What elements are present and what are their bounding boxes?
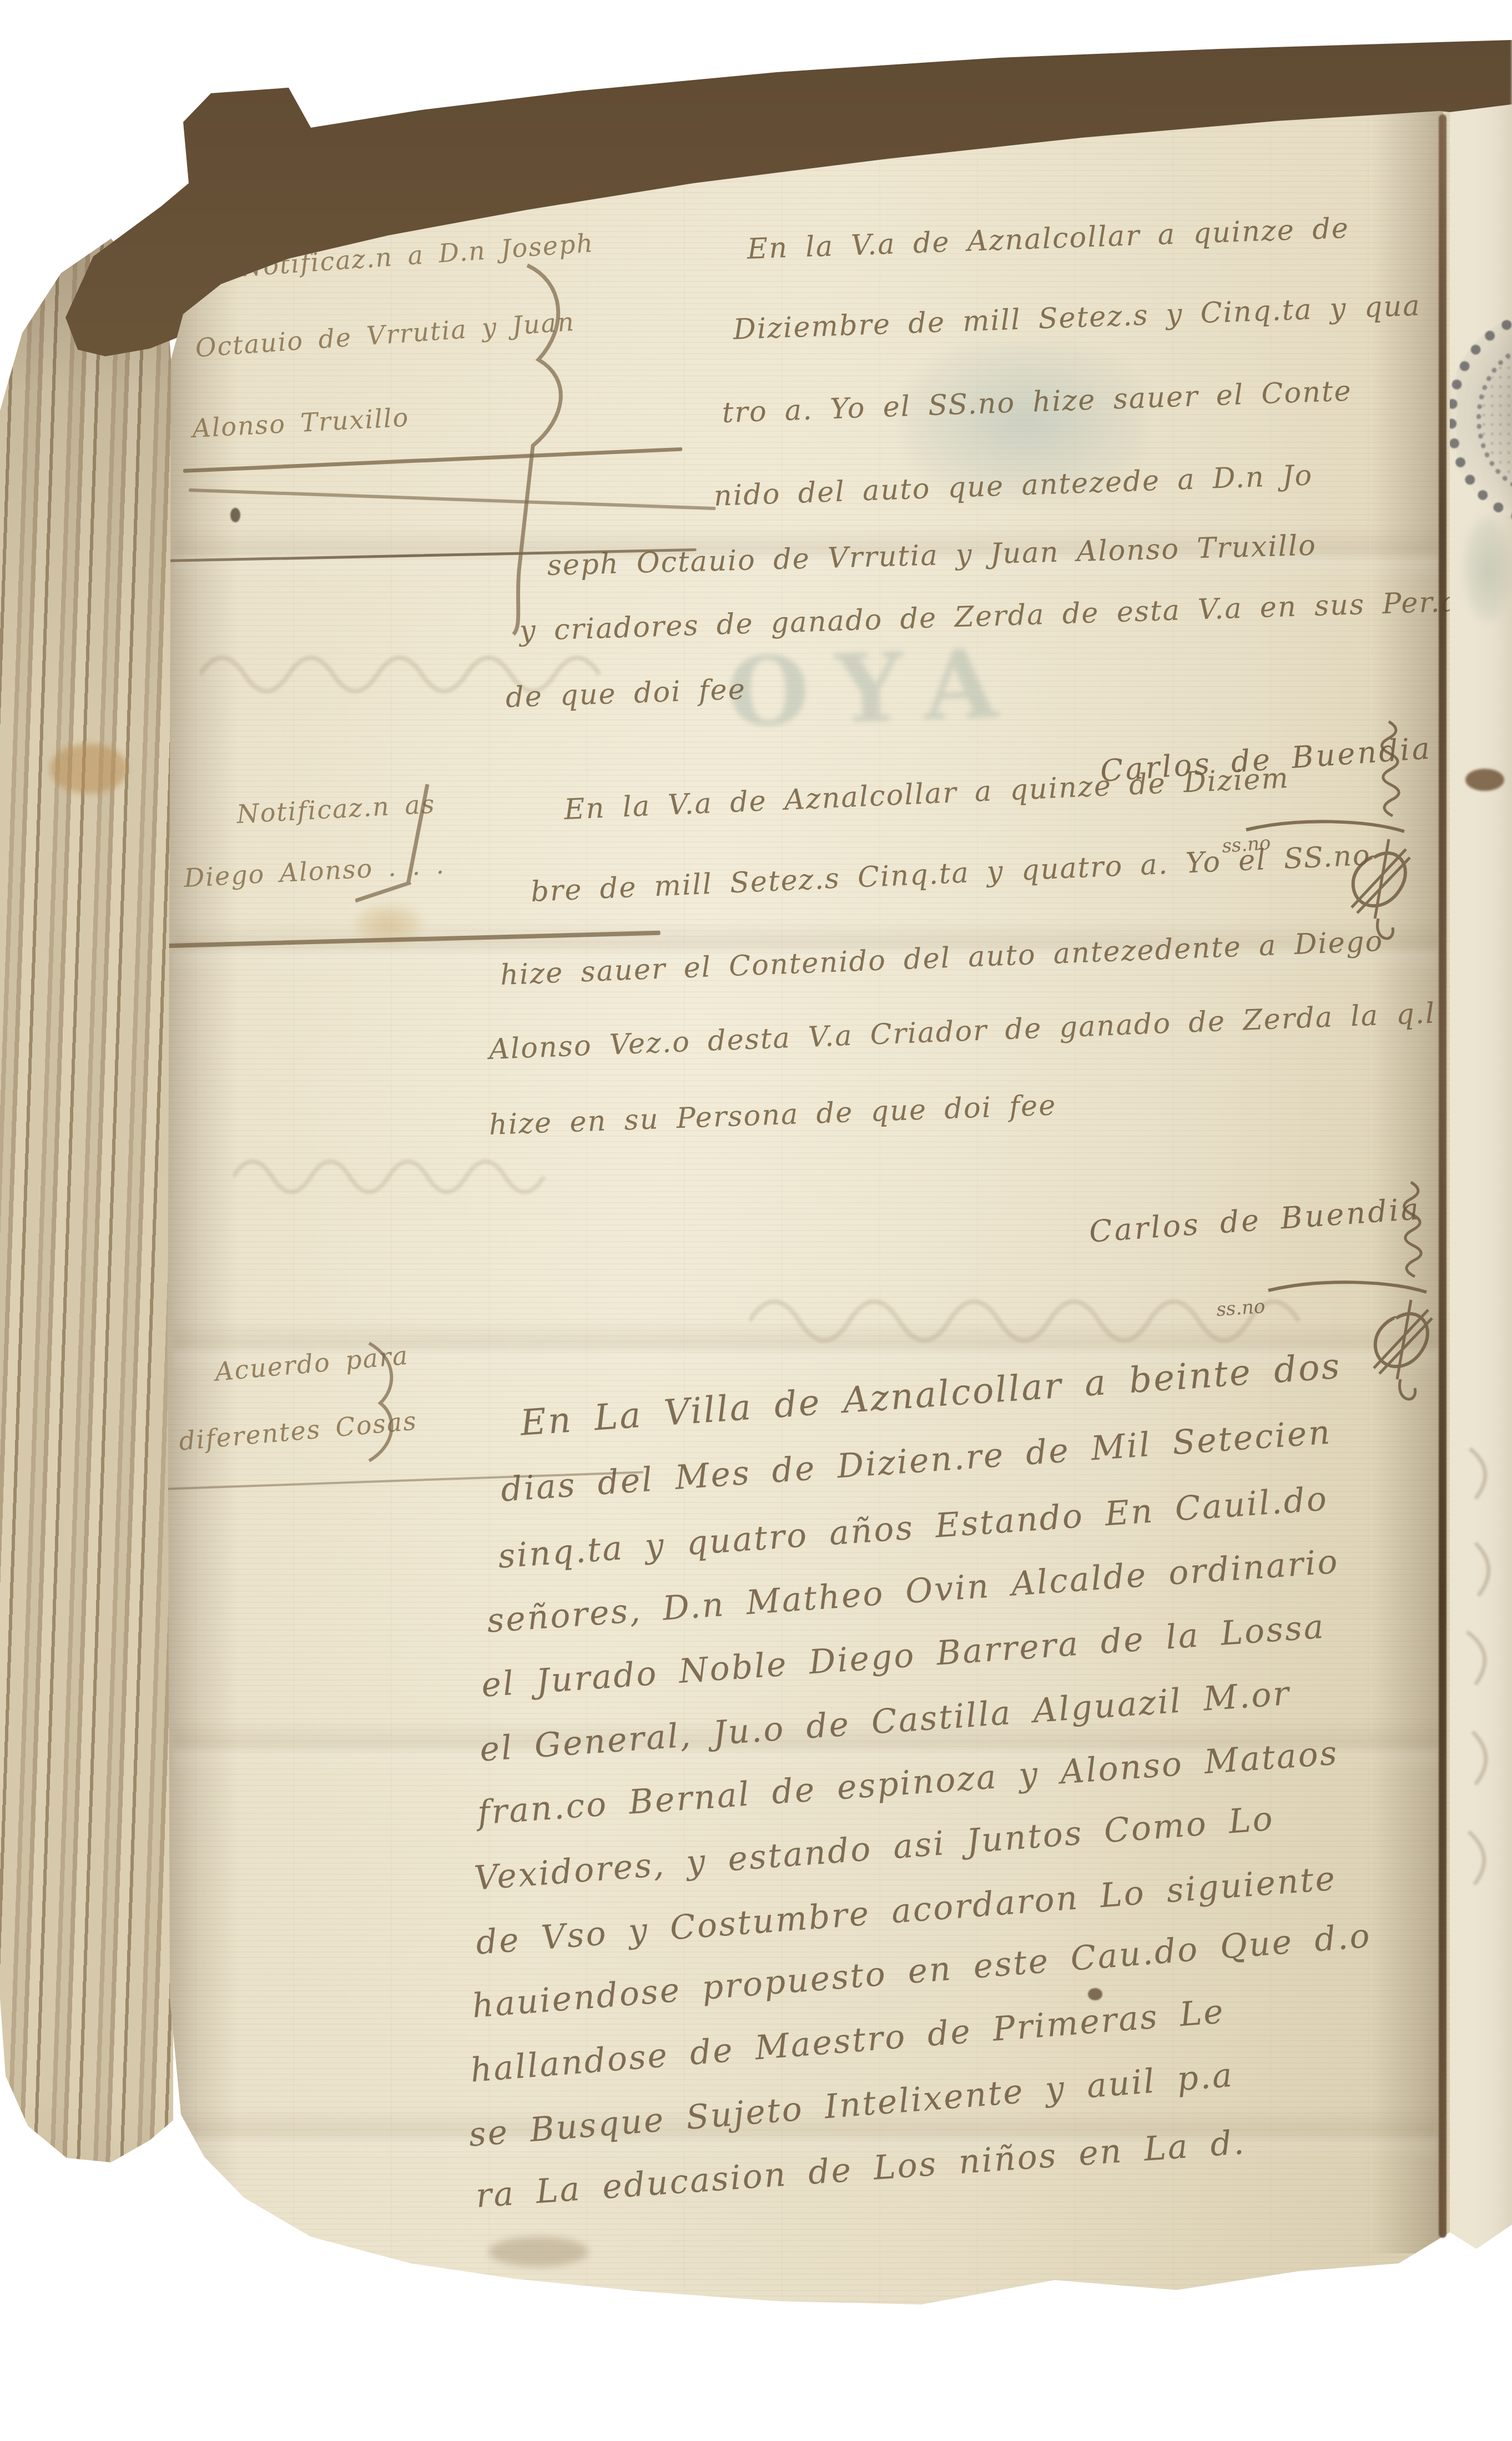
manuscript-line: Diziembre de mill Setez.s y Cinq.ta y qu… [733, 290, 1422, 346]
ink-fleck [1088, 1988, 1102, 2000]
signature-abbreviation: ss.no [1216, 1295, 1266, 1321]
margin-bracket-icon [355, 776, 444, 909]
underline-stroke [189, 488, 716, 510]
ink-fleck [230, 508, 240, 522]
facing-page-writing-fragment [1459, 1443, 1512, 1943]
ink-seal-stamp [1447, 311, 1512, 526]
ghost-writing-squiggle [233, 1138, 577, 1204]
ink-blotch [1465, 769, 1504, 791]
manuscript-photo: { "page": { "description": "Aged Spanish… [0, 0, 1512, 2441]
manuscript-line: hize en su Persona de que doi fee [488, 1089, 1057, 1142]
page-crease [1439, 114, 1447, 2238]
gutter-shadow [167, 233, 239, 2209]
rubric-flourish-icon [1243, 716, 1415, 949]
manuscript-line: Alonso Vez.o desta V.a Criador de ganado… [488, 997, 1436, 1066]
underline-stroke [183, 447, 682, 473]
manuscript-page: OYA Notificaz.n a D.n Joseph Octauio de … [0, 0, 1512, 2441]
manuscript-line: En la V.a de Aznalcollar a quinze de Diz… [563, 762, 1290, 826]
underline-stroke [167, 931, 661, 948]
manuscript-line: seph Octauio de Vrrutia y Juan Alonso Tr… [547, 529, 1317, 582]
green-tint-stain [1463, 516, 1512, 622]
manuscript-line: En la V.a de Aznalcollar a quinze de [747, 212, 1350, 266]
margin-note-line: Alonso Truxillo [191, 402, 410, 443]
ghost-bleedthrough-text: OYA [725, 628, 1026, 749]
edge-soil [488, 2237, 588, 2267]
margin-brace-icon [364, 1338, 414, 1471]
